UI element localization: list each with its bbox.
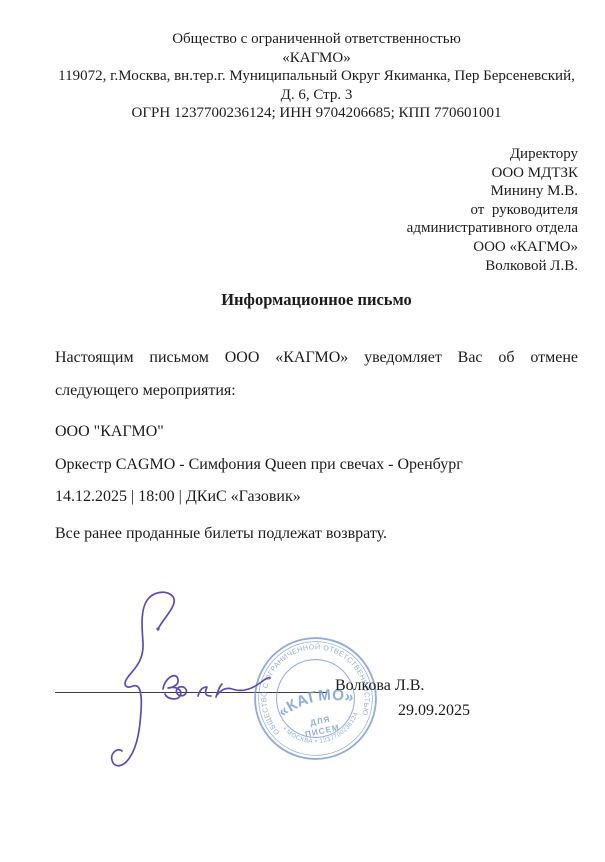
addressee-person: Минину М.В. bbox=[55, 182, 578, 201]
company-registration-line: ОГРН 1237700236124; ИНН 9704206685; КПП … bbox=[55, 104, 578, 123]
signature-name-stroke bbox=[163, 676, 270, 699]
signature-ink-dot bbox=[156, 627, 159, 630]
stamp-ring-text-top-holder: ОБЩЕСТВО С ОГРАНИЧЕННОЙ ОТВЕТСТВЕННОСТЬЮ bbox=[250, 633, 375, 738]
event-details: ООО "КАГМО" Оркестр CAGMO - Симфония Que… bbox=[55, 416, 578, 514]
company-shortname-line: «КАГМО» bbox=[55, 49, 578, 68]
sender-person: Волковой Л.В. bbox=[55, 257, 578, 276]
sender-department: административного отдела bbox=[55, 219, 578, 238]
letter-date: 29.09.2025 bbox=[398, 702, 470, 720]
letter-title: Информационное письмо bbox=[55, 290, 578, 309]
letter-page: Общество с ограниченной ответственностью… bbox=[0, 0, 605, 862]
handwritten-signature bbox=[80, 585, 280, 790]
stamp-inner-ring bbox=[269, 652, 361, 744]
intro-paragraph: Настоящим письмом ООО «КАГМО» уведомляет… bbox=[55, 342, 578, 407]
company-name-line: Общество с ограниченной ответственностью bbox=[55, 30, 578, 49]
stamp-outer-ring bbox=[244, 627, 387, 770]
stamp-ring-text-bottom: • МОСКВА • 1237700236124 bbox=[280, 710, 364, 753]
addressee-block: Директору ООО МДТЗК Минину М.В. от руков… bbox=[55, 145, 578, 275]
stamp-sub-text-1: ДЛЯ bbox=[309, 715, 331, 728]
company-header: Общество с ограниченной ответственностью… bbox=[55, 30, 578, 123]
company-building-line: Д. 6, Стр. 3 bbox=[55, 86, 578, 105]
stamp-ring-text-bottom-holder: • МОСКВА • 1237700236124 bbox=[280, 710, 364, 753]
sender-company: ООО «КАГМО» bbox=[55, 238, 578, 257]
stamp-ring-text-top: ОБЩЕСТВО С ОГРАНИЧЕННОЙ ОТВЕТСТВЕННОСТЬЮ bbox=[250, 633, 375, 738]
stamp-center-text-holder: «КАГМО» bbox=[273, 680, 359, 722]
sender-from: от руководителя bbox=[55, 201, 578, 220]
signature-flourish-stroke bbox=[112, 592, 175, 766]
signature-strokes bbox=[112, 592, 270, 766]
stamp-center-text: «КАГМО» bbox=[273, 680, 359, 722]
company-address-line: 119072, г.Москва, вн.тер.г. Муниципальны… bbox=[55, 67, 578, 86]
addressee-company: ООО МДТЗК bbox=[55, 164, 578, 183]
addressee-role: Директору bbox=[55, 145, 578, 164]
signature-line bbox=[55, 692, 327, 693]
stamp-middle-ring bbox=[248, 631, 383, 766]
event-name: Оркестр CAGMO - Симфония Queen при свеча… bbox=[55, 449, 578, 482]
event-date-venue: 14.12.2025 | 18:00 | ДКиС «Газовик» bbox=[55, 481, 578, 514]
company-stamp: ОБЩЕСТВО С ОГРАНИЧЕННОЙ ОТВЕТСТВЕННОСТЬЮ… bbox=[240, 623, 391, 774]
signatory-name: Волкова Л.В. bbox=[335, 677, 424, 695]
refund-notice: Все ранее проданные билеты подлежат возв… bbox=[55, 518, 578, 551]
stamp-sub-text-2: ПИСЕМ bbox=[304, 723, 340, 739]
event-organizer: ООО "КАГМО" bbox=[55, 416, 578, 449]
